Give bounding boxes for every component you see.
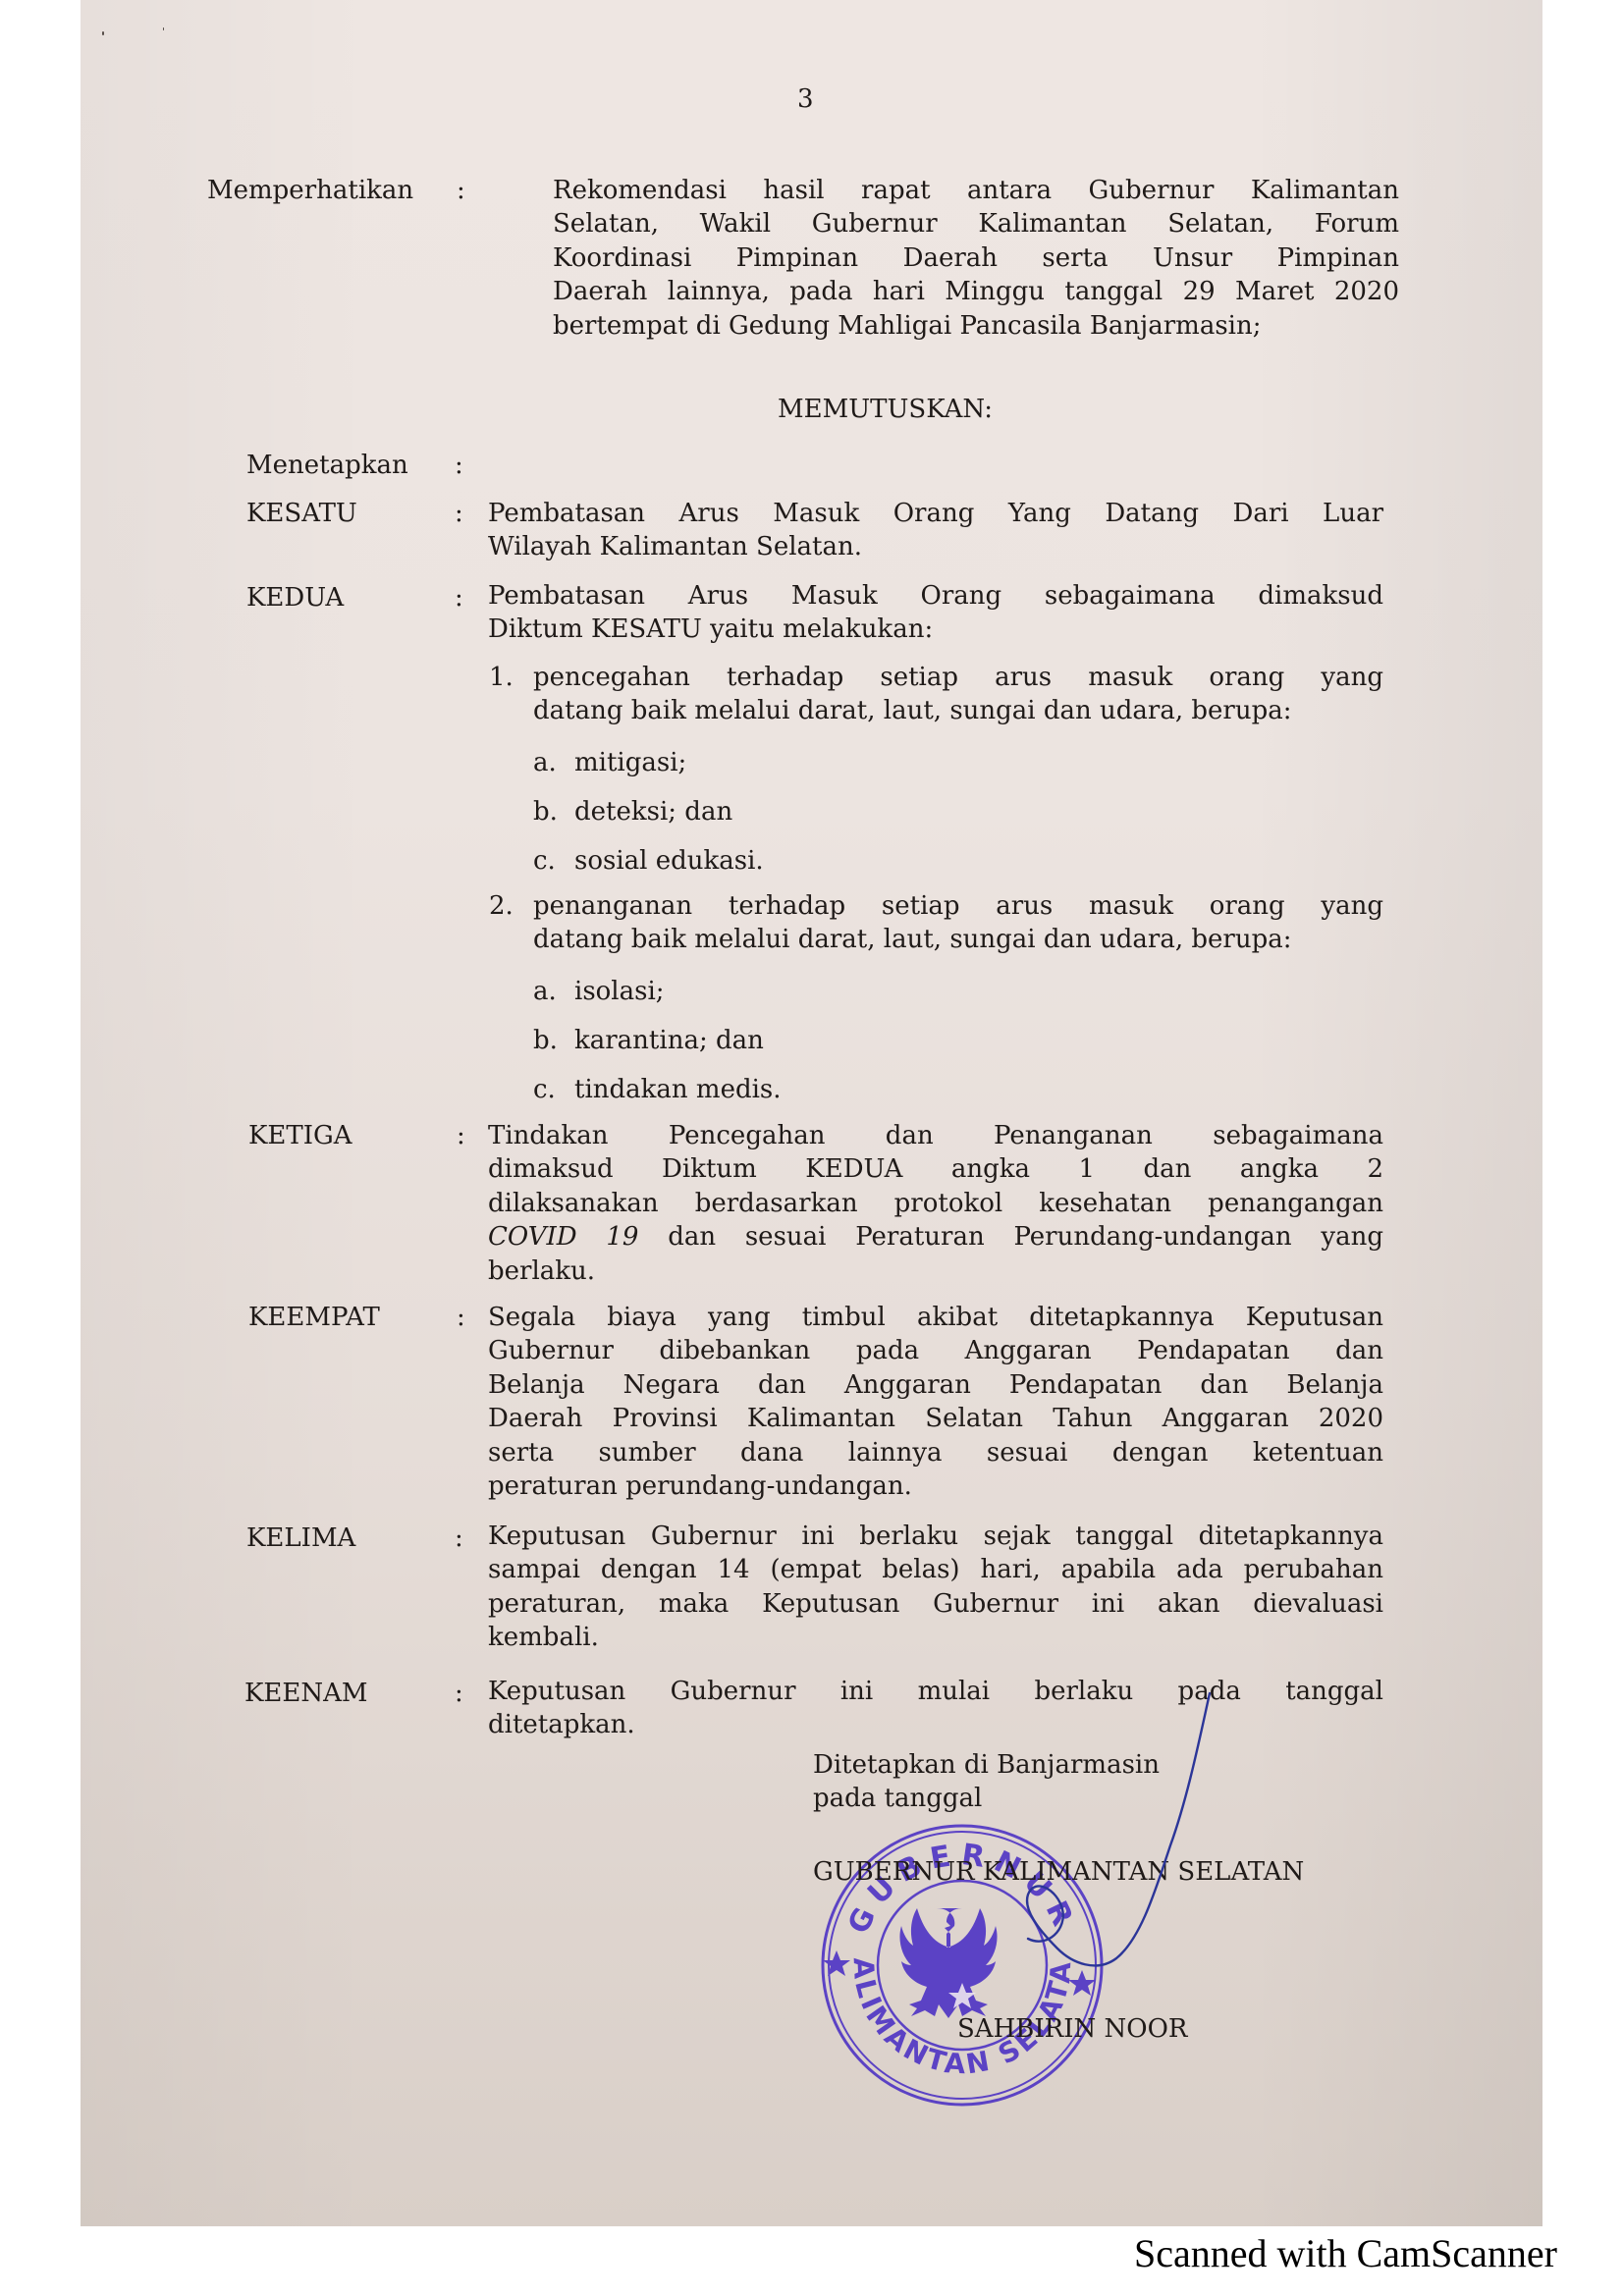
list-item-number: 1. bbox=[489, 661, 514, 694]
page-number: 3 bbox=[797, 82, 814, 116]
diktum-label-ketiga: KETIGA bbox=[248, 1119, 352, 1152]
diktum-text-kesatu: Pembatasan Arus Masuk Orang Yang Datang … bbox=[488, 497, 1383, 564]
text-line: Gubernur dibebankan pada Anggaran Pendap… bbox=[488, 1334, 1383, 1367]
subitem-letter: b. bbox=[533, 1024, 558, 1057]
subitem-text: sosial edukasi. bbox=[574, 844, 764, 878]
text-line: Belanja Negara dan Anggaran Pendapatan d… bbox=[488, 1368, 1383, 1402]
text-line: ditetapkan. bbox=[488, 1708, 1383, 1741]
signature-date-label: pada tanggal bbox=[813, 1782, 982, 1815]
text-line: Segala biaya yang timbul akibat ditetapk… bbox=[488, 1301, 1383, 1334]
diktum-text-kedua: Pembatasan Arus Masuk Orang sebagaimana … bbox=[488, 579, 1383, 647]
subitem-letter: a. bbox=[533, 746, 557, 779]
subitem-text: deteksi; dan bbox=[574, 795, 732, 828]
camscanner-watermark: Scanned with CamScanner bbox=[1134, 2230, 1557, 2277]
text-line: datang baik melalui darat, laut, sungai … bbox=[533, 694, 1383, 727]
signature-title: GUBERNUR KALIMANTAN SELATAN bbox=[813, 1855, 1304, 1889]
text-line: Pembatasan Arus Masuk Orang Yang Datang … bbox=[488, 497, 1383, 530]
diktum-text-keempat: Segala biaya yang timbul akibat ditetapk… bbox=[488, 1301, 1383, 1503]
text-line: Pembatasan Arus Masuk Orang sebagaimana … bbox=[488, 579, 1383, 613]
diktum-colon: : bbox=[457, 1119, 465, 1152]
text-line: Koordinasi Pimpinan Daerah serta Unsur P… bbox=[553, 241, 1399, 275]
text-line: serta sumber dana lainnya sesuai dengan … bbox=[488, 1436, 1383, 1469]
subitem-letter: c. bbox=[533, 1073, 556, 1106]
diktum-colon: : bbox=[455, 581, 463, 614]
subitem-letter: c. bbox=[533, 844, 556, 878]
text-line: peraturan perundang-undangan. bbox=[488, 1469, 1383, 1503]
text-line: Daerah Provinsi Kalimantan Selatan Tahun… bbox=[488, 1402, 1383, 1435]
list-item-text: penanganan terhadap setiap arus masuk or… bbox=[533, 889, 1383, 957]
subitem-letter: a. bbox=[533, 975, 557, 1008]
subitem-text: mitigasi; bbox=[574, 746, 686, 779]
diktum-label-keenam: KEENAM bbox=[244, 1677, 368, 1710]
diktum-text-kelima: Keputusan Gubernur ini berlaku sejak tan… bbox=[488, 1520, 1383, 1655]
diktum-colon: : bbox=[457, 1301, 465, 1334]
scanned-page: 3 Memperhatikan : Rekomendasi hasil rapa… bbox=[81, 0, 1542, 2226]
list-item-text: pencegahan terhadap setiap arus masuk or… bbox=[533, 661, 1383, 728]
diktum-label-kedua: KEDUA bbox=[246, 581, 344, 614]
diktum-text-keenam: Keputusan Gubernur ini mulai berlaku pad… bbox=[488, 1675, 1383, 1742]
text-line: peraturan, maka Keputusan Gubernur ini a… bbox=[488, 1587, 1383, 1621]
text-line: Wilayah Kalimantan Selatan. bbox=[488, 530, 1383, 563]
text-line: Tindakan Pencegahan dan Penanganan sebag… bbox=[488, 1119, 1383, 1152]
diktum-text-ketiga: Tindakan Pencegahan dan Penanganan sebag… bbox=[488, 1119, 1383, 1288]
text-line: Daerah lainnya, pada hari Minggu tanggal… bbox=[553, 275, 1399, 308]
menetapkan-colon: : bbox=[455, 449, 463, 482]
signature-place: Ditetapkan di Banjarmasin bbox=[813, 1748, 1160, 1782]
text-line: dilaksanakan berdasarkan protokol keseha… bbox=[488, 1187, 1383, 1220]
text-line: COVID 19 dan sesuai Peraturan Perundang-… bbox=[488, 1220, 1383, 1254]
memperhatikan-text: Rekomendasi hasil rapat antara Gubernur … bbox=[553, 174, 1399, 343]
subitem-text: isolasi; bbox=[574, 975, 665, 1008]
text-line: penanganan terhadap setiap arus masuk or… bbox=[533, 889, 1383, 923]
diktum-label-keempat: KEEMPAT bbox=[248, 1301, 380, 1334]
text-line: dimaksud Diktum KEDUA angka 1 dan angka … bbox=[488, 1152, 1383, 1186]
signatory-name: SAHBIRIN NOOR bbox=[957, 2012, 1187, 2046]
text-fragment: dan sesuai Peraturan Perundang-undangan … bbox=[638, 1222, 1383, 1252]
text-line: bertempat di Gedung Mahligai Pancasila B… bbox=[553, 309, 1399, 343]
memutuskan-heading: MEMUTUSKAN: bbox=[81, 393, 1542, 426]
text-line: Selatan, Wakil Gubernur Kalimantan Selat… bbox=[553, 207, 1399, 240]
text-line: berlaku. bbox=[488, 1255, 1383, 1288]
subitem-text: tindakan medis. bbox=[574, 1073, 782, 1106]
text-line: pencegahan terhadap setiap arus masuk or… bbox=[533, 661, 1383, 694]
paper-speck bbox=[163, 27, 164, 30]
diktum-colon: : bbox=[455, 497, 463, 530]
text-line: Keputusan Gubernur ini berlaku sejak tan… bbox=[488, 1520, 1383, 1553]
text-line: Keputusan Gubernur ini mulai berlaku pad… bbox=[488, 1675, 1383, 1708]
diktum-label-kelima: KELIMA bbox=[246, 1522, 355, 1555]
memperhatikan-label: Memperhatikan bbox=[207, 174, 413, 207]
list-item-number: 2. bbox=[489, 889, 514, 923]
text-line: Diktum KESATU yaitu melakukan: bbox=[488, 613, 1383, 646]
text-line: Rekomendasi hasil rapat antara Gubernur … bbox=[553, 174, 1399, 207]
text-line: kembali. bbox=[488, 1621, 1383, 1654]
menetapkan-label: Menetapkan bbox=[246, 449, 408, 482]
diktum-label-kesatu: KESATU bbox=[246, 497, 357, 530]
subitem-letter: b. bbox=[533, 795, 558, 828]
diktum-colon: : bbox=[455, 1677, 463, 1710]
memperhatikan-colon: : bbox=[457, 174, 465, 207]
subitem-text: karantina; dan bbox=[574, 1024, 764, 1057]
text-line: sampai dengan 14 (empat belas) hari, apa… bbox=[488, 1553, 1383, 1586]
paper-speck bbox=[102, 31, 104, 35]
covid-italic: COVID 19 bbox=[488, 1222, 638, 1252]
diktum-colon: : bbox=[455, 1522, 463, 1555]
text-line: datang baik melalui darat, laut, sungai … bbox=[533, 923, 1383, 956]
